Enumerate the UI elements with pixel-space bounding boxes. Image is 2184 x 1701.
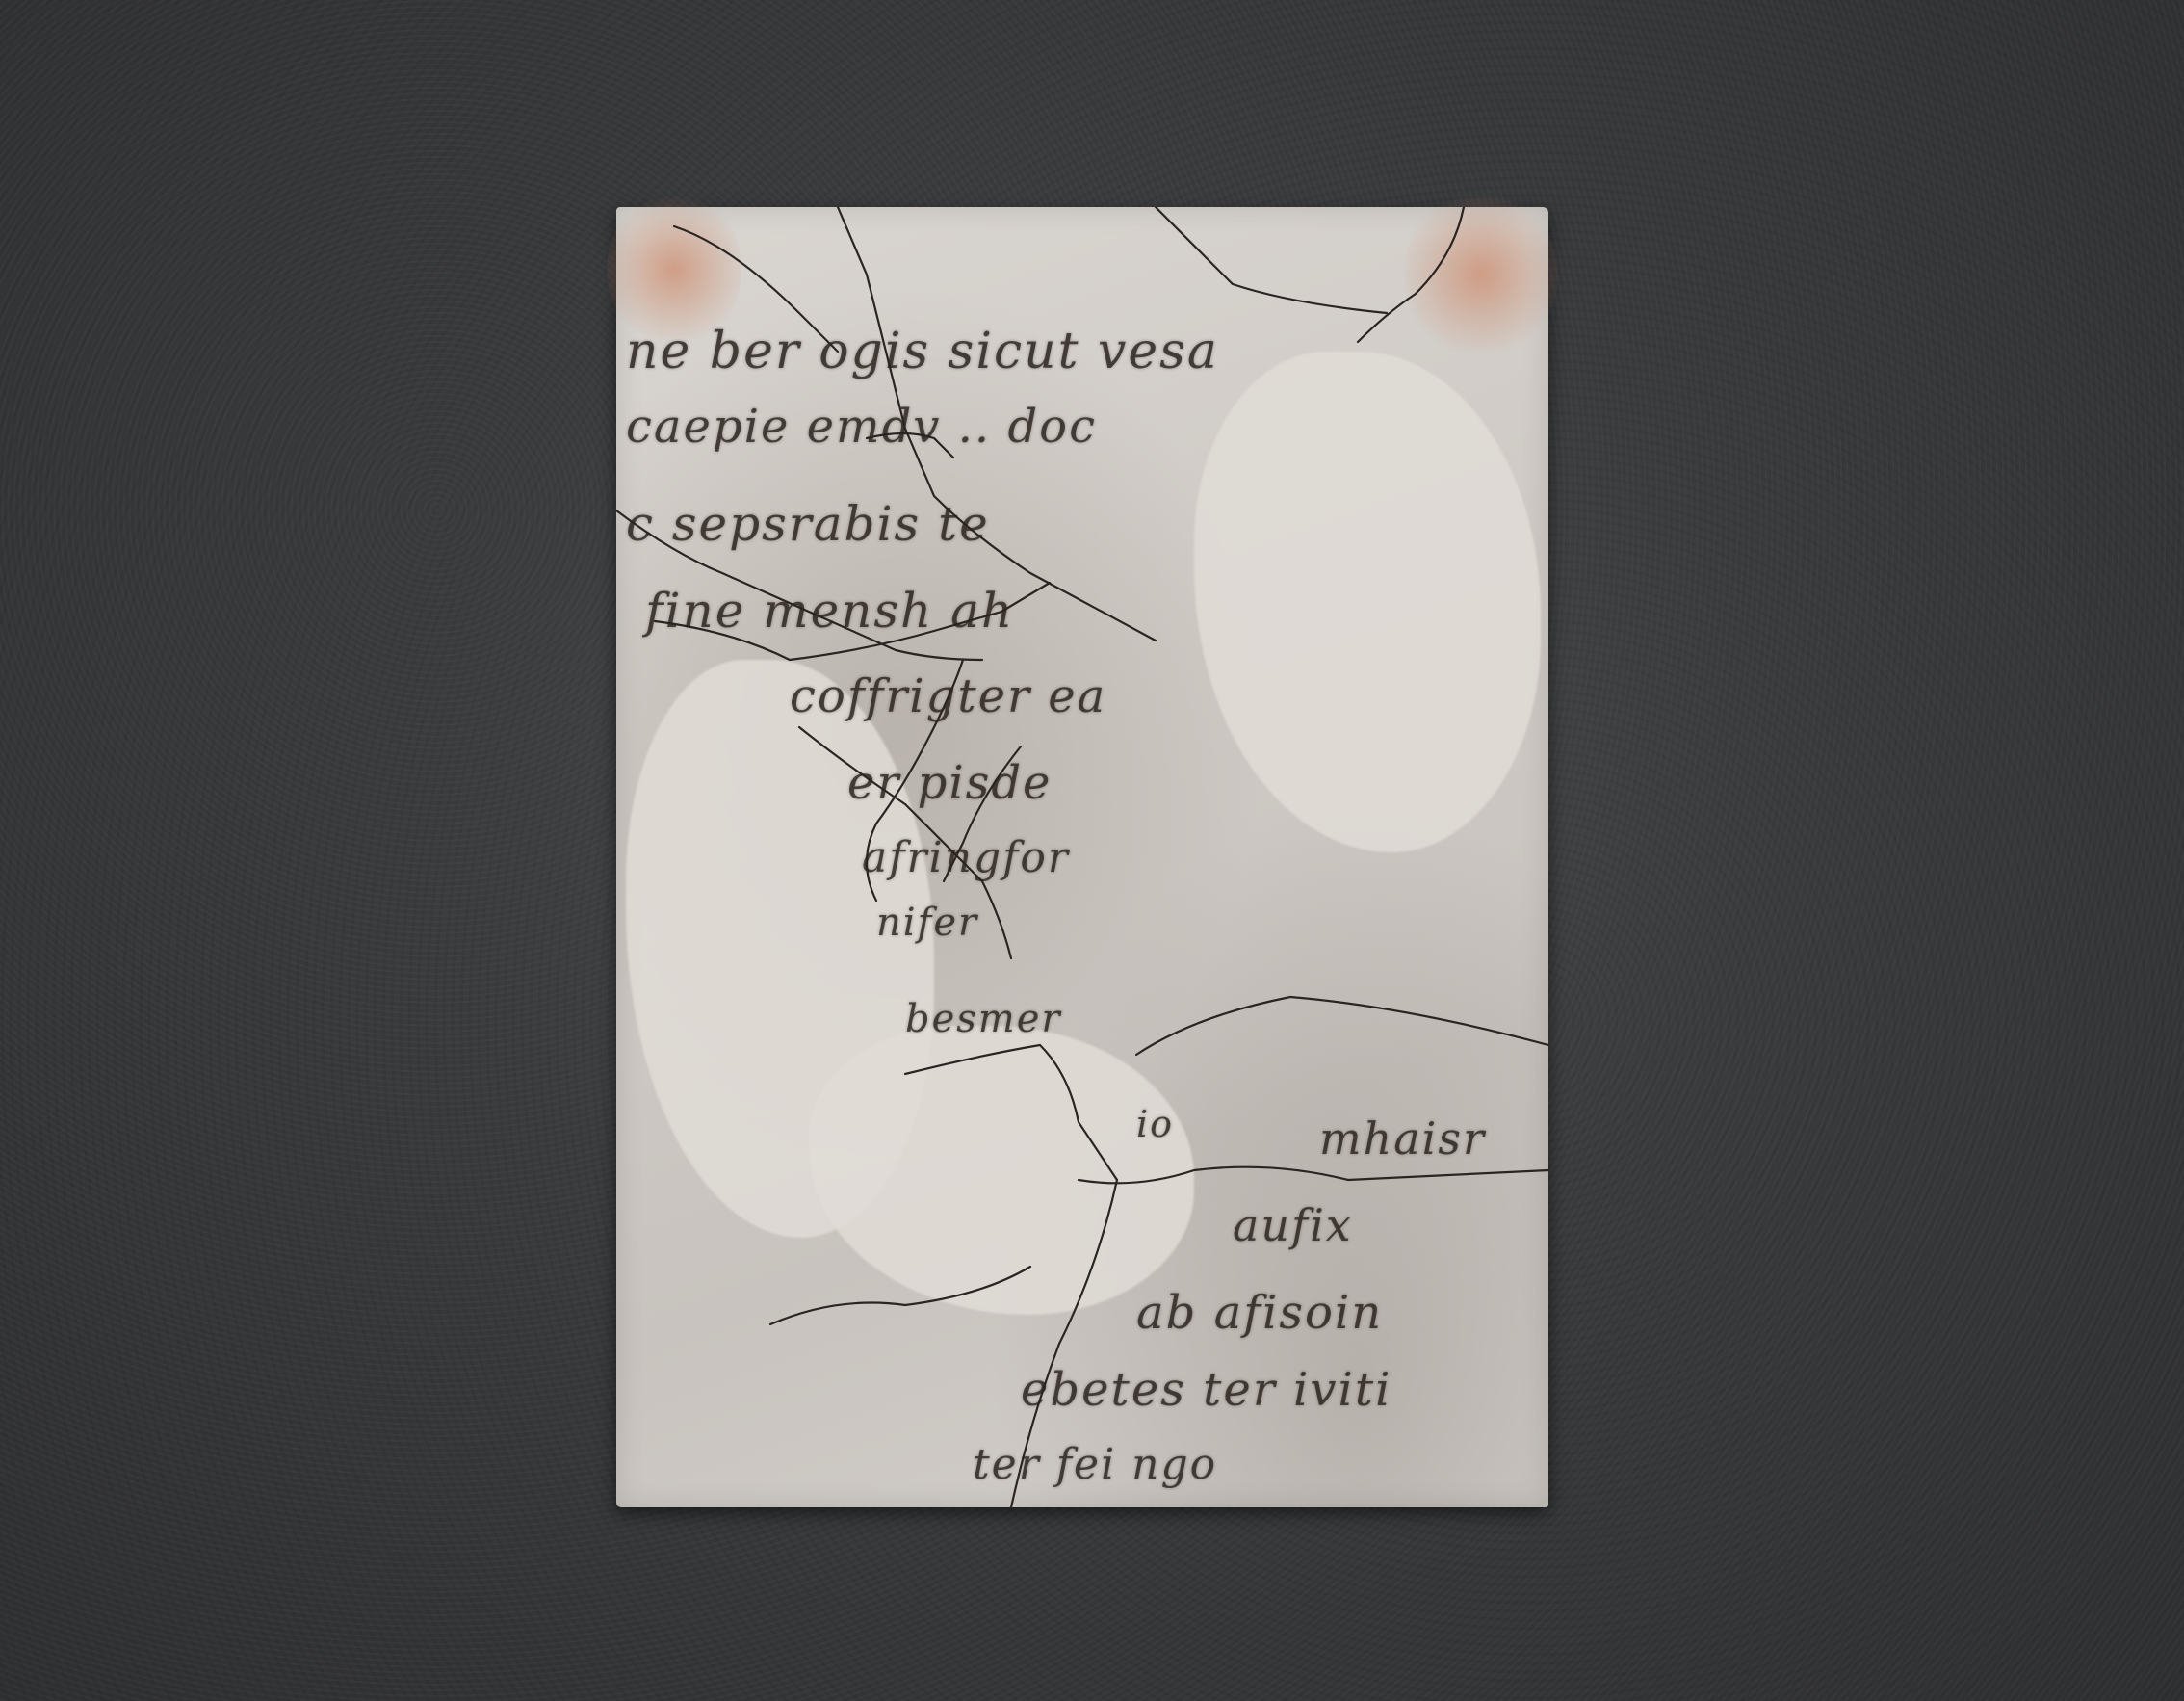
inscription-line: ebetes ter iviti xyxy=(1021,1363,1391,1417)
inscription-line: aufix xyxy=(1233,1199,1353,1251)
inscription-line: coffrigter ea xyxy=(790,669,1106,723)
plaster-tablet: ne ber ogis sicut vesa caepie emdv .. do… xyxy=(616,207,1548,1507)
inscription-line: io xyxy=(1136,1103,1174,1145)
inscription-line: c sepsrabis te xyxy=(626,496,990,552)
inscription-line: afringfor xyxy=(862,833,1070,882)
inscription-line: fine mensh ah xyxy=(645,583,1014,639)
inscription-line: ter fei ngo xyxy=(973,1440,1217,1489)
inscription-line: ab afisoin xyxy=(1136,1286,1383,1340)
inscription-line: caepie emdv .. doc xyxy=(626,400,1097,454)
inscription-line: mhaisr xyxy=(1319,1112,1486,1165)
inscription-line: ne ber ogis sicut vesa xyxy=(626,323,1219,380)
inscription-line: besmer xyxy=(905,997,1062,1041)
inscription-line: er pisde xyxy=(847,756,1052,810)
inscription-line: nifer xyxy=(876,901,978,945)
